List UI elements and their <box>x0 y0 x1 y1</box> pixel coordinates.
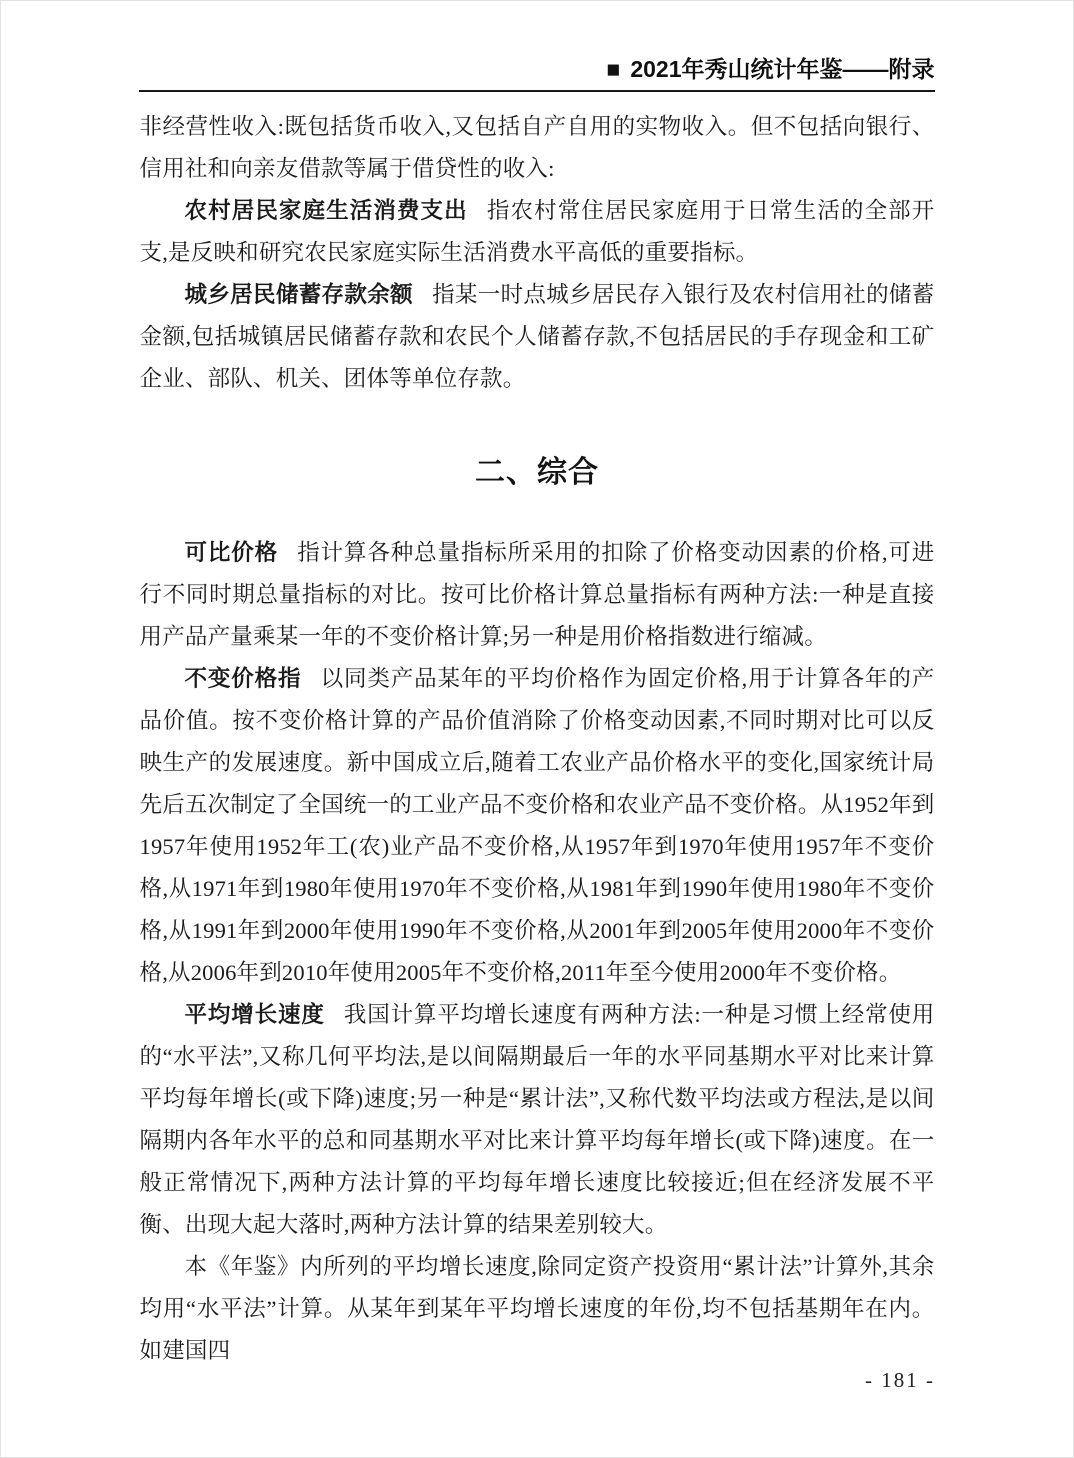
paragraph-continuation: 非经营性收入:既包括货币收入,又包括自产自用的实物收入。但不包括向银行、信用社和… <box>140 106 935 190</box>
term-label: 可比价格 <box>185 540 279 565</box>
term-label: 城乡居民储蓄存款余额 <box>185 282 413 307</box>
paragraph-term-definition: 可比价格指计算各种总量指标所采用的扣除了价格变动因素的价格,可进行不同时期总量指… <box>140 532 935 658</box>
page-number: - 181 - <box>865 1366 935 1394</box>
paragraph-term-definition: 城乡居民储蓄存款余额指某一时点城乡居民存入银行及农村信用社的储蓄金额,包括城镇居… <box>140 274 935 400</box>
page-content: 非经营性收入:既包括货币收入,又包括自产自用的实物收入。但不包括向银行、信用社和… <box>140 106 935 1372</box>
paragraph-plain: 本《年鉴》内所列的平均增长速度,除同定资产投资用“累计法”计算外,其余均用“水平… <box>140 1246 935 1372</box>
header-rule <box>139 90 935 92</box>
yearbook-page: ■2021年秀山统计年鉴——附录 非经营性收入:既包括货币收入,又包括自产自用的… <box>0 0 1074 1458</box>
section-heading: 二、综合 <box>140 450 935 496</box>
paragraph-text: 以同类产品某年的平均价格作为固定价格,用于计算各年的产品价值。按不变价格计算的产… <box>140 666 935 985</box>
term-label: 不变价格指 <box>185 666 302 691</box>
header-square-icon: ■ <box>606 54 620 84</box>
page-header: ■2021年秀山统计年鉴——附录 <box>140 0 935 84</box>
term-label: 平均增长速度 <box>185 1002 325 1027</box>
paragraph-text: 非经营性收入:既包括货币收入,又包括自产自用的实物收入。但不包括向银行、信用社和… <box>140 114 935 181</box>
paragraph-term-definition: 平均增长速度我国计算平均增长速度有两种方法:一种是习惯上经常使用的“水平法”,又… <box>140 994 935 1246</box>
paragraph-term-definition: 农村居民家庭生活消费支出指农村常住居民家庭用于日常生活的全部开支,是反映和研究农… <box>140 190 935 274</box>
paragraph-text: 本《年鉴》内所列的平均增长速度,除同定资产投资用“累计法”计算外,其余均用“水平… <box>140 1254 935 1363</box>
term-label: 农村居民家庭生活消费支出 <box>185 198 468 223</box>
header-title: 2021年秀山统计年鉴——附录 <box>630 56 934 82</box>
paragraph-text: 我国计算平均增长速度有两种方法:一种是习惯上经常使用的“水平法”,又称几何平均法… <box>140 1002 935 1237</box>
paragraph-term-definition: 不变价格指以同类产品某年的平均价格作为固定价格,用于计算各年的产品价值。按不变价… <box>140 658 935 994</box>
